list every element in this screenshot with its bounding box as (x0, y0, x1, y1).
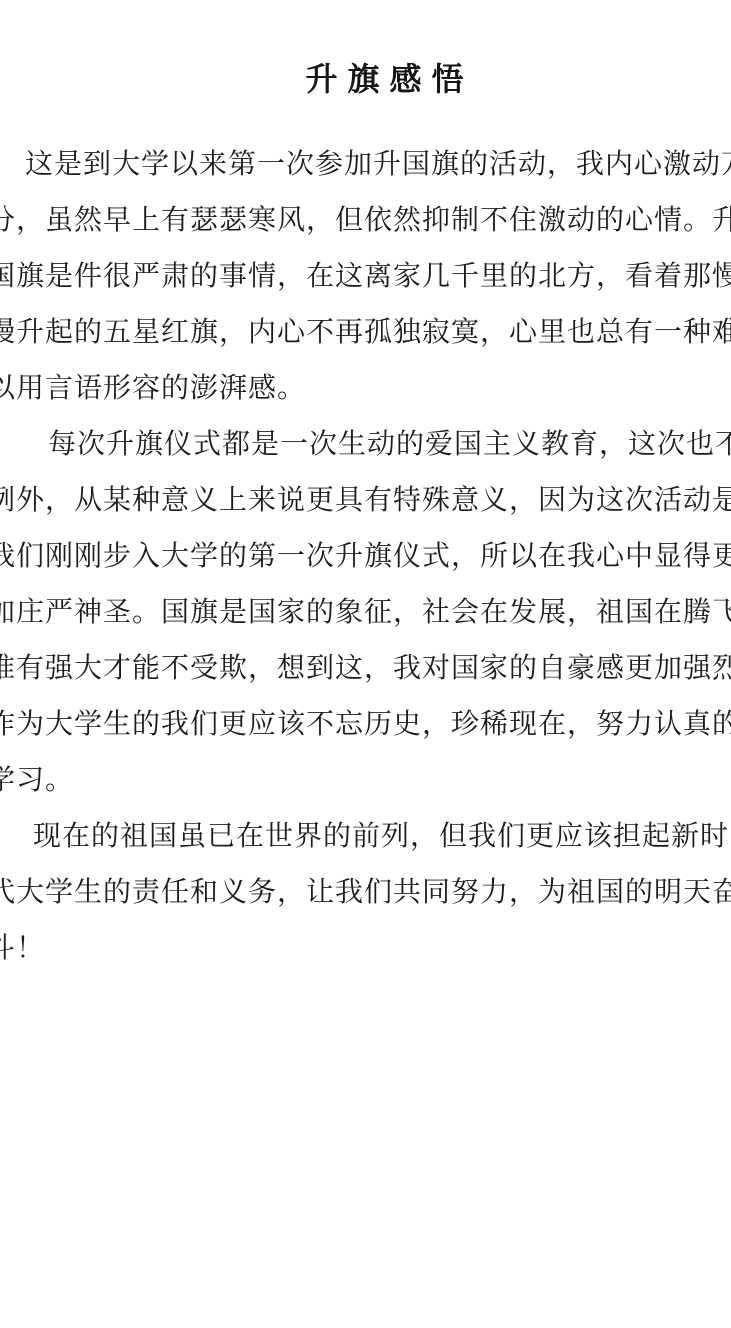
text-line: 作为大学生的我们更应该不忘历史，珍稀现在，努力认真的 (0, 696, 731, 752)
document-title: 升旗感悟 (24, 62, 731, 96)
document-body: 这是到大学以来第一次参加升国旗的活动，我内心激动万 分，虽然早上有瑟瑟寒风，但依… (0, 136, 731, 976)
text-line: 加庄严神圣。国旗是国家的象征，社会在发展，祖国在腾飞， (0, 584, 731, 640)
text-line: 学习。 (0, 752, 731, 808)
text-line: 例外，从某种意义上来说更具有特殊意义，因为这次活动是 (0, 472, 731, 528)
text-line: 这是到大学以来第一次参加升国旗的活动，我内心激动万 (0, 136, 731, 192)
text-line: 现在的祖国虽已在世界的前列，但我们更应该担起新时 (0, 808, 731, 864)
text-line: 国旗是件很严肃的事情，在这离家几千里的北方，看着那慢 (0, 248, 731, 304)
text-line: 以用言语形容的澎湃感。 (0, 360, 731, 416)
text-line: 唯有强大才能不受欺，想到这，我对国家的自豪感更加强烈。 (0, 640, 731, 696)
document-page: 升旗感悟 这是到大学以来第一次参加升国旗的活动，我内心激动万 分，虽然早上有瑟瑟… (0, 0, 731, 1328)
text-line: 我们刚刚步入大学的第一次升旗仪式，所以在我心中显得更 (0, 528, 731, 584)
text-line: 慢升起的五星红旗，内心不再孤独寂寞，心里也总有一种难 (0, 304, 731, 360)
text-line: 每次升旗仪式都是一次生动的爱国主义教育，这次也不 (0, 416, 731, 472)
text-line: 代大学生的责任和义务，让我们共同努力，为祖国的明天奋 (0, 864, 731, 920)
text-line: 斗！ (0, 920, 731, 976)
text-line: 分，虽然早上有瑟瑟寒风，但依然抑制不住激动的心情。升 (0, 192, 731, 248)
